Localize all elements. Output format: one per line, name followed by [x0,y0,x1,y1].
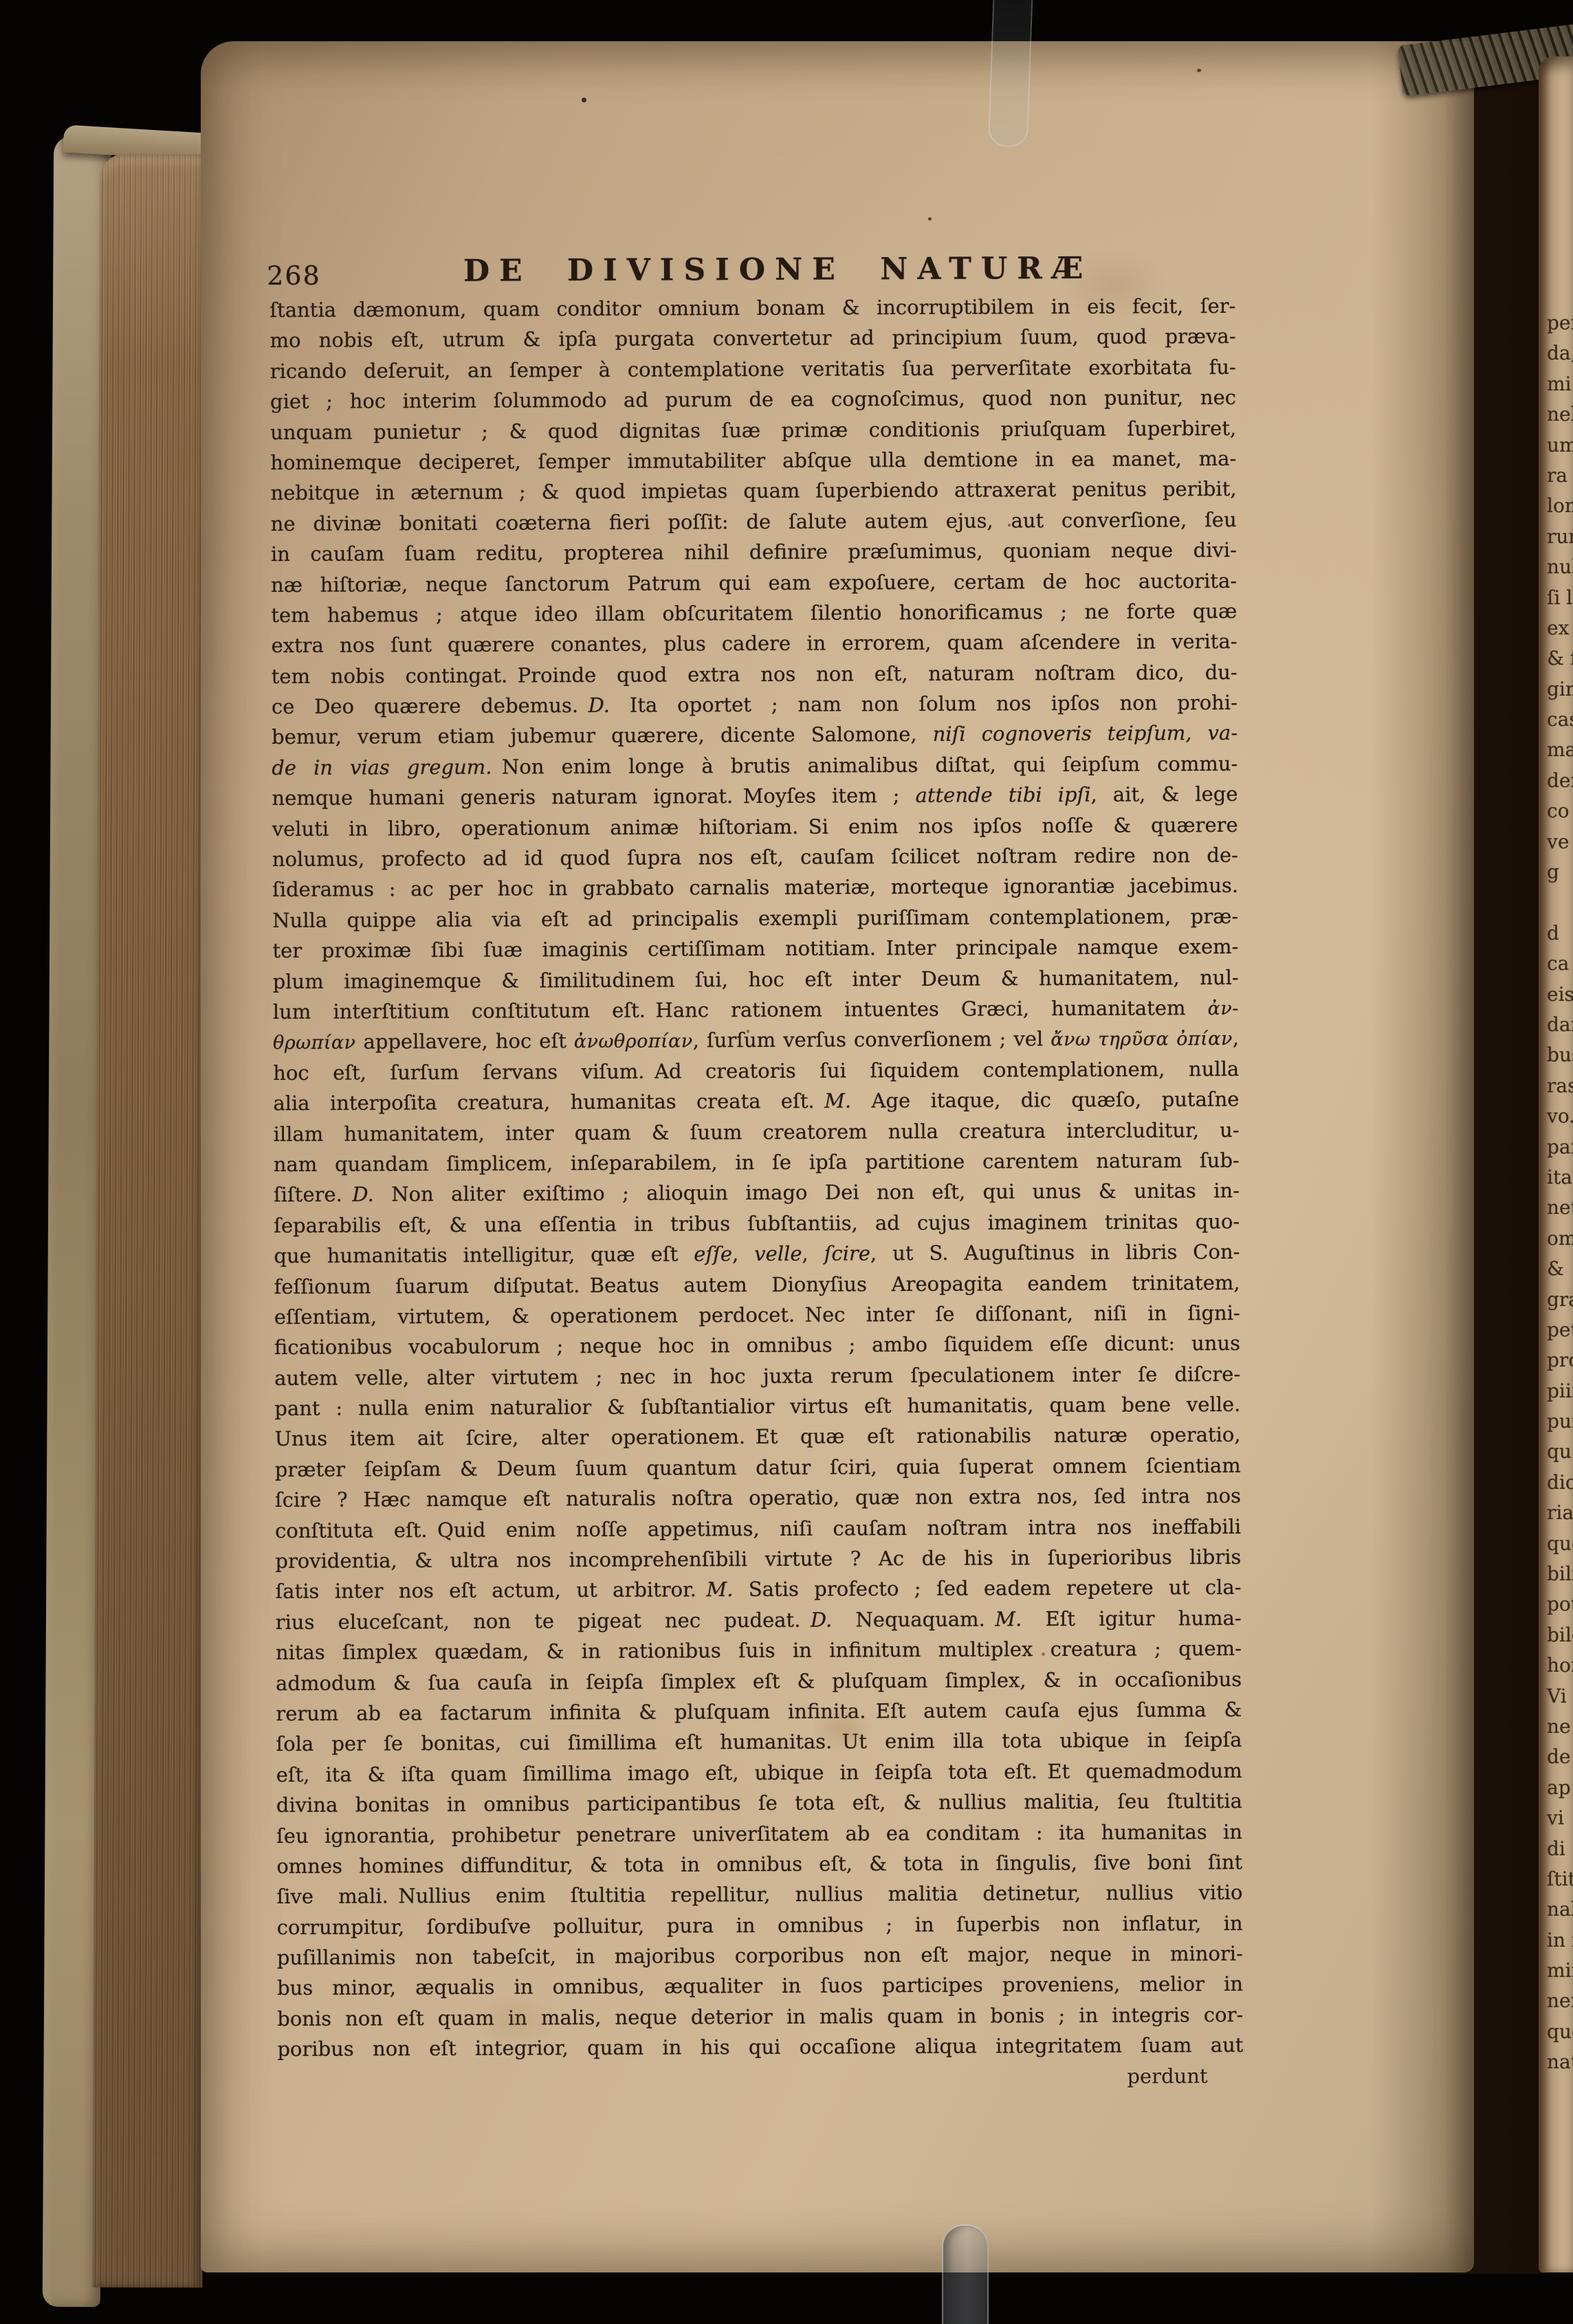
fragment-line: net [1547,1193,1573,1223]
fragment-line: ne [1547,1712,1573,1742]
text-line: præter ſeipſam & Deum ſuum quantum datur… [275,1450,1241,1485]
fragment-line: natur [1547,2047,1573,2077]
text-line: hominemque deciperet, ſemper immutabilit… [270,443,1236,478]
page-number: 268 [267,261,321,291]
text-line: que humanitatis intelligitur, quæ eſt eſ… [274,1237,1240,1272]
catchword: perdunt [278,2061,1244,2096]
greek-text: ἀν- [1208,998,1239,1019]
fragment-line: d [1547,918,1573,949]
text-line: ſatis inter nos eſt actum, ut arbitror. … [275,1572,1241,1607]
text-line: giet ; hoc interim ſolummodo ad purum de… [270,382,1236,417]
fragment-line: gra [1547,1285,1573,1315]
text-line: ce Deo quærere debemus. D. Ita oportet ;… [272,687,1237,722]
text-line: bemur, verum etiam jubemur quærere, dice… [272,718,1237,753]
text-line: ter proximæ ſibi ſuæ imaginis certiſſima… [272,931,1238,966]
fragment-line: quos [1547,2017,1573,2047]
fragment-line: bile [1547,1620,1573,1650]
text-line: plum imaginemque & ſimilitudinem ſui, ho… [273,962,1239,997]
text-line: unquam punietur ; & quod dignitas ſuæ pr… [270,412,1236,447]
fragment-line: homi [1547,1650,1573,1681]
text-line: conſtituta eſt. Quid enim noſſe appetimu… [275,1512,1241,1547]
fragment-line: & ſi [1547,643,1573,674]
text-line: bonis non eſt quam in malis, neque deter… [277,2000,1243,2035]
text-line: eſt, ita & iſta quam ſimillima imago eſt… [276,1756,1242,1791]
text-line: poribus non eſt integrior, quam in his q… [277,2030,1243,2065]
fragment-line: per [1547,308,1573,338]
fragment-line: piiſ [1547,1376,1573,1406]
text-line: pant : nulla enim naturalior & ſubſtanti… [274,1389,1240,1424]
fragment-line: mi [1547,369,1573,399]
fragment-line: ap [1547,1773,1573,1803]
text-line: tem habemus ; atque ideo illam obſcurita… [271,596,1237,631]
text-line: corrumpitur, ſordibuſve polluitur, pura … [277,1908,1243,1943]
transparent-page-holder-top [988,0,1033,148]
text-line: ſive mali. Nullius enim ſtultitia repell… [276,1877,1242,1912]
facing-page-sliver: perda,minebumbra rlongrumnullſi luex u& … [1539,56,1573,2272]
transparent-page-holder-bottom [942,2224,989,2324]
fragment-line: eis [1547,980,1573,1010]
text-line: veluti in libro, operationum animæ hiſto… [272,810,1238,845]
fragment-line: ſi lu [1547,583,1573,613]
text-line: nitas ſimplex quædam, & in rationibus ſu… [276,1633,1242,1668]
fragment-line: ſtit [1547,1864,1573,1894]
text-line: de in vias gregum. Non enim longe à brut… [272,749,1237,784]
text-line: mo nobis eſt, utrum & ipſa purgata conve… [269,321,1235,356]
fragment-line: que [1547,1529,1573,1559]
fragment-line: pote [1547,1589,1573,1619]
fragment-line: rum [1547,522,1573,552]
text-line: θρωπίαν appellavere, hoc eſt ἀνωθροπίαν,… [273,1023,1239,1058]
fragment-line: par [1547,1132,1573,1162]
text-line: Nulla quippe alia via eſt ad principalis… [272,901,1238,936]
fragment-line: om [1547,1224,1573,1254]
greek-text: ἀνωθροπίαν [574,1031,693,1053]
fragment-line: nab [1547,1894,1573,1925]
fragment-line: umb [1547,430,1573,461]
fragment-line: petu [1547,1315,1573,1345]
fragment-line: di [1547,1834,1573,1864]
text-line: nam quandam ſimplicem, inſeparabilem, in… [274,1145,1240,1180]
greek-text: ἄνω τηρῦσα ὀπίαν [1050,1028,1233,1050]
printed-area: 268 DE DIVISIONE NATURÆ ſtantia dæmonum,… [269,245,1244,2095]
facing-page-text-fragments: perda,minebumbra rlongrumnullſi luex u& … [1539,56,1573,2078]
text-line: providentia, & ultra nos incomprehenſibi… [275,1542,1241,1577]
text-line: extra nos ſunt quærere conantes, plus ca… [271,626,1237,661]
running-title: DE DIVISIONE NATURÆ [269,245,1235,295]
text-line: rius eluceſcant, non te pigeat nec pudea… [276,1603,1242,1638]
fragment-line: vo. [1547,1101,1573,1131]
fragment-line: gine [1547,674,1573,705]
text-line: puſillanimis non tabeſcit, in majoribus … [277,1938,1243,1973]
text-line: lum interſtitium conſtitutum eſt. Hanc r… [273,993,1239,1028]
fragment-line: null [1547,552,1573,582]
fragment-line: vi [1547,1803,1573,1833]
text-line: bus minor, æqualis in omnibus, æqualiter… [277,1969,1243,2004]
text-line: ſtantia dæmonum, quam conditor omnium bo… [269,291,1235,326]
text-line: feſſionum ſuarum diſputat. Beatus autem … [274,1267,1240,1302]
text-line: omnes homines diffunditur, & tota in omn… [276,1847,1242,1882]
text-line: ſola per ſe bonitas, cui ſimillima eſt h… [276,1725,1242,1760]
fragment-line: nent [1547,1986,1573,2016]
page-header: 268 DE DIVISIONE NATURÆ [269,245,1235,295]
text-line: tem nobis contingat. Proinde quod extra … [272,657,1237,692]
book-page: 268 DE DIVISIONE NATURÆ ſtantia dæmonum,… [201,41,1474,2272]
text-line: nolumus, profecto ad id quod ſupra nos e… [272,840,1238,875]
text-line: alia interpoſita creatura, humanitas cre… [273,1084,1239,1119]
text-line: hoc eſt, ſurſum ſervans viſum. Ad creato… [273,1054,1239,1089]
text-line: næ hiſtoriæ, neque ſanctorum Patrum qui … [271,565,1237,600]
greek-text: θρωπίαν [273,1032,356,1054]
text-line: Unus item ait ſcire, alter operationem. … [274,1419,1240,1454]
fragment-line: ria. [1547,1498,1573,1528]
fragment-line: puſ [1547,1406,1573,1437]
fragment-line: cas [1547,705,1573,735]
page-block-fore-edge [93,154,210,2288]
fragment-line: ca [1547,949,1573,979]
text-line: eſſentiam, virtutem, & operationem perdo… [274,1298,1240,1333]
fragment-line: bilis [1547,1559,1573,1589]
fragment-line: & [1547,1254,1573,1284]
fragment-line: min [1547,1956,1573,1986]
fragment-line: de [1547,1742,1573,1772]
fragment-line: ita [1547,1162,1573,1193]
fragment-line: deſ [1547,766,1573,796]
fragment-line: co [1547,796,1573,826]
fragment-line: mar [1547,735,1573,765]
fragment-line: Vi [1547,1681,1573,1712]
fragment-line: dic [1547,1468,1573,1498]
fragment-line: g [1547,857,1573,887]
text-line: divina bonitas in omnibus participantibu… [276,1786,1242,1821]
fragment-line: bus [1547,1040,1573,1070]
text-line: ne divinæ bonitati coæterna fieri poſſit… [271,505,1237,540]
fragment-line: pro [1547,1345,1573,1375]
text-line: illam humanitatem, inter quam & ſuum cre… [274,1114,1240,1149]
text-line: ricando deſeruit, an ſemper à contemplat… [270,352,1236,387]
fragment-line: ra r [1547,461,1573,491]
text-line: rerum ab ea factarum infinita & pluſquam… [276,1694,1242,1729]
photo-canvas: { "book": { "page_number": "268", "runni… [0,0,1573,2324]
body-text: ſtantia dæmonum, quam conditor omnium bo… [269,291,1243,2065]
fragment-line: da, [1547,338,1573,368]
text-line: autem velle, alter virtutem ; nec in hoc… [274,1359,1240,1394]
text-line: nebitque in æternum ; & quod impietas qu… [270,474,1236,509]
text-line: ſiſtere. D. Non aliter exiſtimo ; alioqu… [274,1175,1240,1210]
fragment-line: ex u [1547,613,1573,643]
text-line: nemque humani generis naturam ignorat. M… [272,779,1237,814]
fragment-line: neb [1547,399,1573,430]
fragment-line [1547,887,1573,918]
fragment-line: qu [1547,1437,1573,1467]
text-line: ſeu ignorantia, prohibetur penetrare uni… [276,1816,1242,1851]
fragment-line: ve [1547,827,1573,857]
fragment-line: long [1547,491,1573,521]
fragment-line: ras [1547,1071,1573,1101]
text-line: ſcire ? Hæc namque eſt naturalis noſtra … [275,1481,1241,1516]
text-line: ficationibus vocabulorum ; neque hoc in … [274,1328,1240,1363]
fragment-line: dam [1547,1010,1573,1040]
fragment-line: in ſ [1547,1925,1573,1956]
text-line: in cauſam ſuam reditu, propterea nihil d… [271,535,1237,570]
text-line: ſeparabilis eſt, & una eſſentia in tribu… [274,1206,1240,1241]
text-line: ſideramus : ac per hoc in grabbato carna… [272,870,1238,905]
text-line: admodum & ſua cauſa in ſeipſa ſimplex eſ… [276,1663,1242,1698]
